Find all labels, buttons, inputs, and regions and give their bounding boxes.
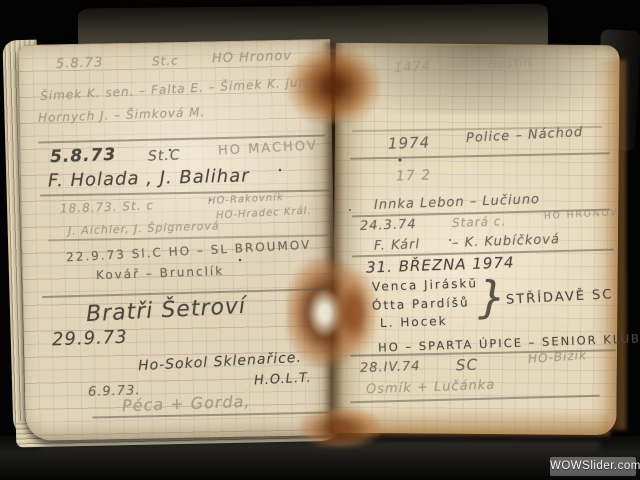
brace-glyph: } (478, 272, 507, 323)
slider-photo-frame: 5.8.73 St.c HO Hronov Šimek K. sen. – Fa… (0, 0, 640, 480)
handwriting-line: L. Hocek (380, 314, 448, 330)
handwriting-line: H.O.L.T. (254, 371, 312, 389)
handwriting-line: SC (456, 356, 479, 375)
page-edge-stain-right (592, 60, 626, 430)
handwriting-line: 5.8.73 (50, 145, 117, 167)
handwriting-line: 24.3.74 (360, 217, 417, 234)
handwriting-line: 5.8.73 (56, 55, 104, 72)
handwriting-line: 17 2 (396, 167, 432, 184)
handwriting-line: 29.9.73 (52, 327, 128, 351)
handwriting-line: HO Hronov (212, 49, 293, 67)
handwriting-line: 28.IV.74 (360, 359, 421, 376)
handwriting-line: F. Kárl (374, 237, 421, 254)
page-edge-stain-bottom (340, 408, 610, 436)
handwriting-line: 1474 (394, 59, 432, 76)
handwriting-line: St.C (148, 147, 181, 164)
page-grime (340, 44, 618, 114)
handwriting-line: Stará c. (452, 214, 507, 230)
handwriting-line: St.c (152, 54, 179, 69)
burn-stain-bottom (300, 408, 380, 448)
wowslider-watermark-link[interactable]: WOWSlider.com (550, 457, 636, 476)
handwriting-line: 1974 (388, 133, 431, 152)
